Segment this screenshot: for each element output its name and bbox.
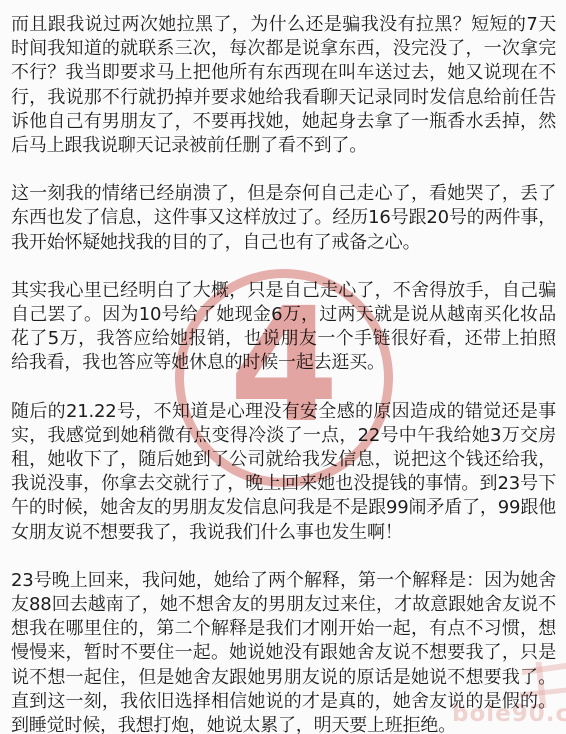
paragraph-1: 而且跟我说过两次她拉黑了，为什么还是骗我没有拉黑？短短的7天时间我知道的就联系三… xyxy=(11,13,556,158)
paragraph-2: 这一刻我的情绪已经崩溃了，但是奈何自己走心了，看她哭了，丢了东西也发了信息，这件… xyxy=(11,182,556,255)
paragraph-3: 其实我心里已经明白了大概，只是自己走心了，不舍得放手，自己骗自己罢了。因为10号… xyxy=(11,279,556,376)
paragraph-4: 随后的21.22号，不知道是心理没有安全感的原因造成的错觉还是事实，我感觉到她稍… xyxy=(11,400,556,545)
post-body: 而且跟我说过两次她拉黑了，为什么还是骗我没有拉黑？短短的7天时间我知道的就联系三… xyxy=(0,0,566,734)
paragraph-5: 23号晚上回来，我问她，她给了两个解释，第一个解释是：因为她舍友88回去越南了，… xyxy=(11,569,556,734)
